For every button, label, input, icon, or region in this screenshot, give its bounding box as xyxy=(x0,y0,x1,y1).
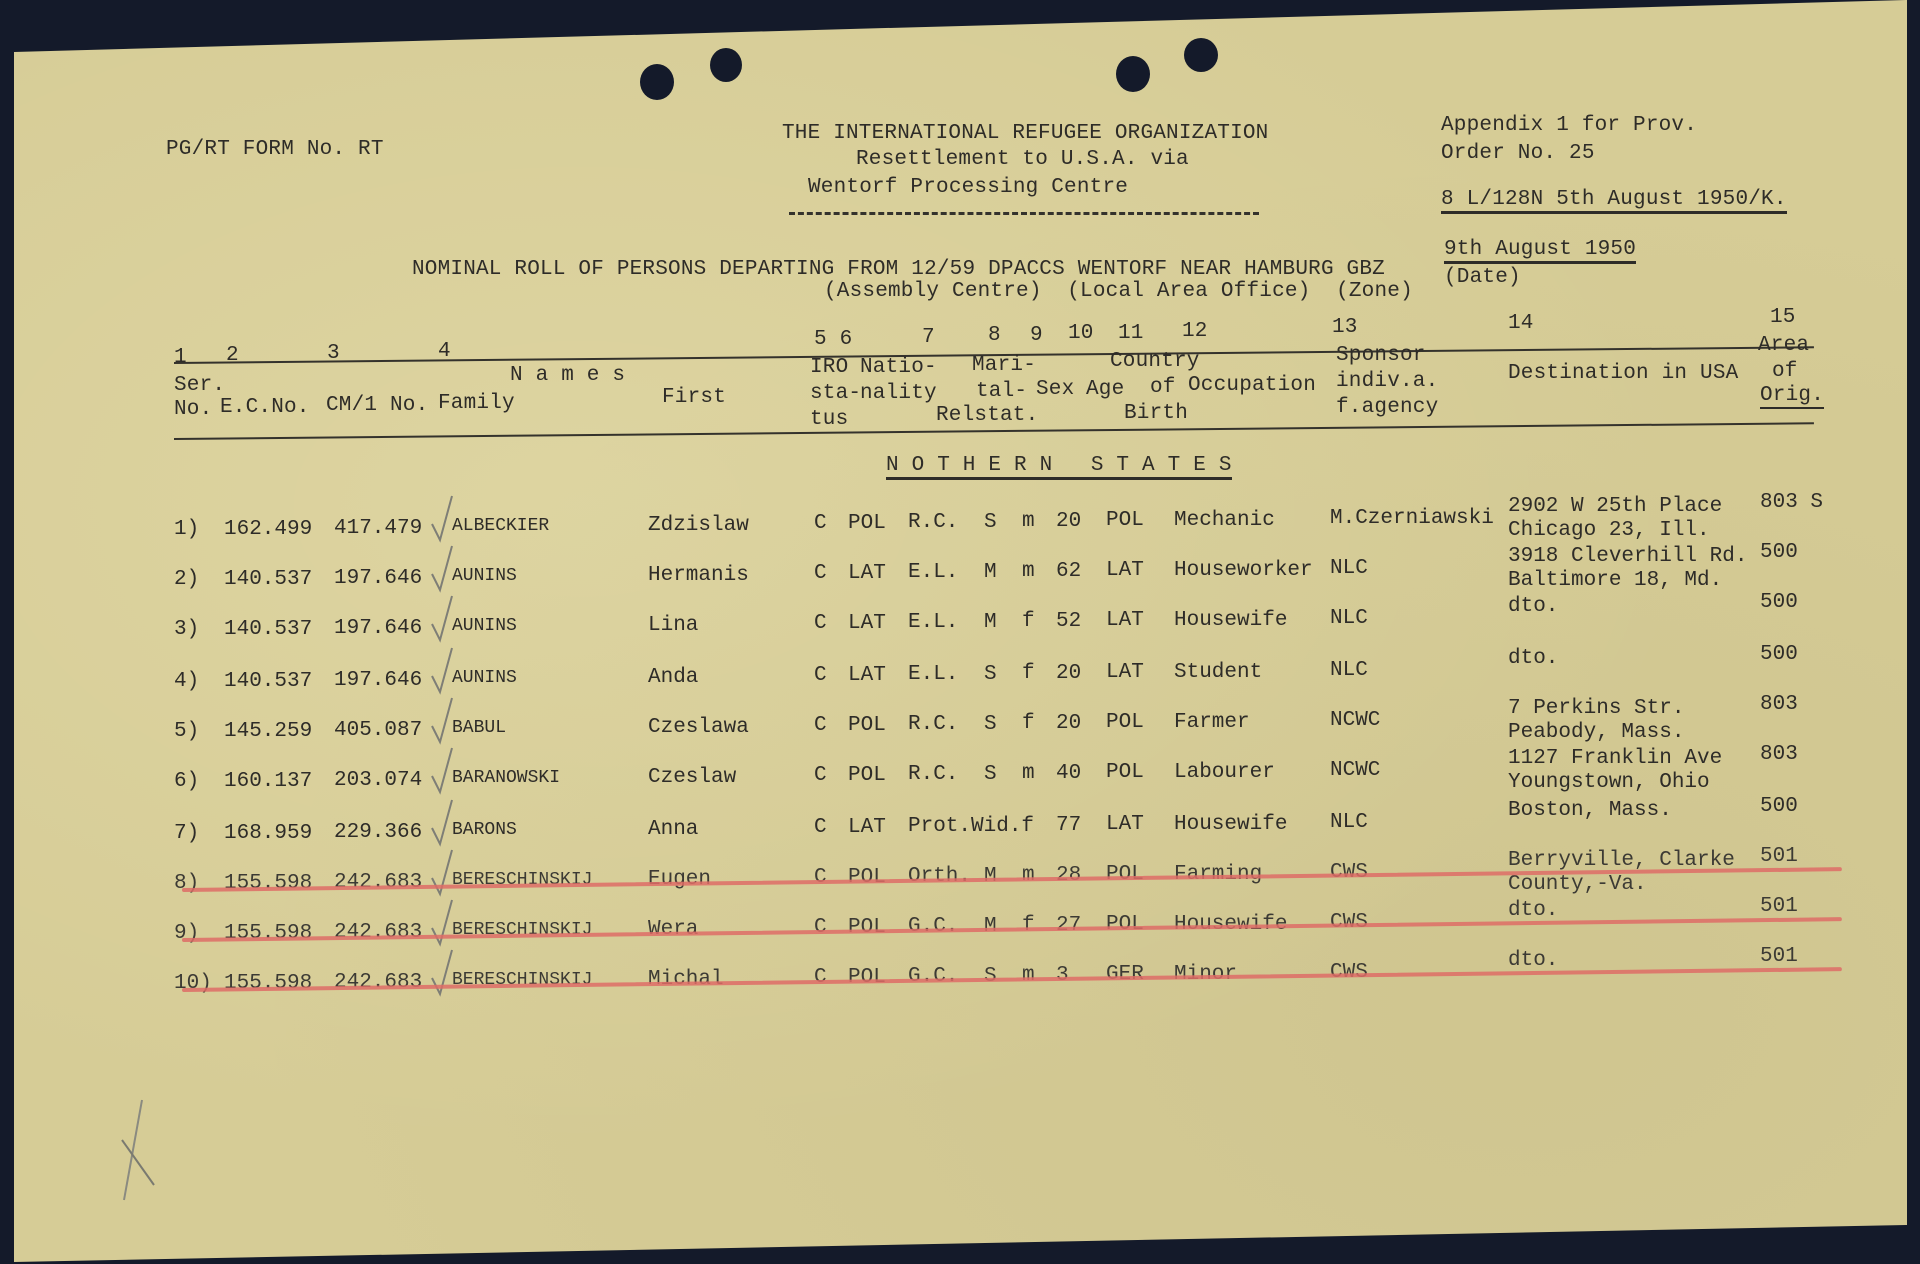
ser-no: 2) xyxy=(174,568,199,591)
pencil-x-mark xyxy=(112,1090,182,1210)
religion: R.C. xyxy=(908,713,958,736)
col-area-2: of xyxy=(1772,360,1798,383)
col-nationality-2: nality xyxy=(860,382,937,405)
check-mark-icon xyxy=(430,948,454,998)
area-of-origin: 500 xyxy=(1760,795,1798,818)
check-mark-icon xyxy=(430,544,454,594)
cm1-no: 242.683 xyxy=(334,971,422,994)
occupation: Housewife xyxy=(1174,813,1287,836)
col-sponsor-2: indiv.a. xyxy=(1336,370,1438,393)
sponsor: NLC xyxy=(1330,557,1368,580)
destination-line-1: dto. xyxy=(1508,949,1558,972)
col-age: Age xyxy=(1086,378,1124,401)
nationality: LAT xyxy=(848,664,886,687)
iro-status: C xyxy=(814,714,827,737)
punch-hole xyxy=(1116,56,1150,92)
ec-no: 162.499 xyxy=(224,518,312,541)
area-of-origin: 803 xyxy=(1760,693,1798,716)
country-of-birth: POL xyxy=(1106,509,1144,532)
marital-status: S xyxy=(984,713,997,736)
country-of-birth: POL xyxy=(1106,913,1144,936)
header-divider xyxy=(789,212,1259,215)
first-name: Michal xyxy=(648,968,724,991)
check-mark-icon xyxy=(430,798,454,848)
ser-no: 10) xyxy=(174,972,212,995)
cm1-no: 405.087 xyxy=(334,719,422,742)
occupation: Farmer xyxy=(1174,711,1250,734)
document-page: PG/RT FORM No. RT THE INTERNATIONAL REFU… xyxy=(14,0,1907,1264)
org-title: THE INTERNATIONAL REFUGEE ORGANIZATION xyxy=(782,122,1268,145)
area-of-origin: 500 xyxy=(1760,541,1798,564)
ser-no: 7) xyxy=(174,822,199,845)
destination-line-2: Peabody, Mass. xyxy=(1508,721,1684,744)
destination-line-1: dto. xyxy=(1508,595,1558,618)
col-marital-2: tal- xyxy=(976,380,1027,403)
col-ser: Ser. xyxy=(174,374,225,397)
religion: E.L. xyxy=(908,611,958,634)
col-num-15: 15 xyxy=(1770,306,1796,329)
nationality: LAT xyxy=(848,562,886,585)
ser-no: 8) xyxy=(174,872,199,895)
age: 77 xyxy=(1056,814,1081,837)
first-name: Eugen xyxy=(648,868,711,891)
org-subtitle-1: Resettlement to U.S.A. via xyxy=(856,148,1189,171)
cm1-no: 229.366 xyxy=(334,821,422,844)
ec-no: 140.537 xyxy=(224,568,312,591)
age: 62 xyxy=(1056,560,1081,583)
area-of-origin: 803 xyxy=(1760,743,1798,766)
country-of-birth: POL xyxy=(1106,761,1144,784)
col-destination: Destination in USA xyxy=(1508,362,1738,385)
age: 52 xyxy=(1056,610,1081,633)
col-family: Family xyxy=(438,392,515,415)
marital-status: M xyxy=(984,915,997,938)
date-label: (Date) xyxy=(1444,266,1521,289)
cm1-no: 197.646 xyxy=(334,567,422,590)
country-of-birth: LAT xyxy=(1106,661,1144,684)
area-of-origin: 501 xyxy=(1760,845,1798,868)
iro-status: C xyxy=(814,966,827,989)
marital-status: S xyxy=(984,663,997,686)
iro-status: C xyxy=(814,664,827,687)
sponsor: M.Czerniawski xyxy=(1330,507,1494,530)
religion: R.C. xyxy=(908,511,958,534)
sex: m xyxy=(1022,560,1035,583)
nationality: POL xyxy=(848,714,886,737)
nationality: POL xyxy=(848,764,886,787)
sponsor: NCWC xyxy=(1330,709,1380,732)
destination-line-1: 7 Perkins Str. xyxy=(1508,697,1684,720)
col-iro-status-3: tus xyxy=(810,408,848,431)
occupation: Housewife xyxy=(1174,609,1287,632)
col-ec-no: E.C.No. xyxy=(220,396,310,419)
col-first: First xyxy=(662,386,726,409)
ec-no: 155.598 xyxy=(224,922,312,945)
area-of-origin: 500 xyxy=(1760,591,1798,614)
sex: f xyxy=(1022,610,1035,633)
family-name: BARONS xyxy=(452,820,517,840)
age: 28 xyxy=(1056,864,1081,887)
check-mark-icon xyxy=(430,696,454,746)
check-mark-icon xyxy=(430,594,454,644)
religion: E.L. xyxy=(908,561,958,584)
cm1-no: 197.646 xyxy=(334,669,422,692)
sponsor: NCWC xyxy=(1330,759,1380,782)
col-area-1: Area xyxy=(1758,334,1809,357)
marital-status: S xyxy=(984,511,997,534)
first-name: Anna xyxy=(648,818,698,841)
area-of-origin: 500 xyxy=(1760,643,1798,666)
ser-no: 9) xyxy=(174,922,199,945)
country-of-birth: LAT xyxy=(1106,559,1144,582)
ec-no: 160.137 xyxy=(224,770,312,793)
iro-status: C xyxy=(814,562,827,585)
col-num-1: 1 xyxy=(174,346,187,369)
col-num-2: 2 xyxy=(226,344,239,367)
punch-hole xyxy=(710,48,742,82)
age: 20 xyxy=(1056,510,1081,533)
iro-status: C xyxy=(814,612,827,635)
area-of-origin: 501 xyxy=(1760,945,1798,968)
ser-no: 4) xyxy=(174,670,199,693)
cm1-no: 203.074 xyxy=(334,769,422,792)
marital-status: M xyxy=(984,561,997,584)
check-mark-icon xyxy=(430,646,454,696)
cm1-no: 417.479 xyxy=(334,517,422,540)
sex: m xyxy=(1022,964,1035,987)
col-num-14: 14 xyxy=(1508,312,1534,335)
ser-no: 1) xyxy=(174,518,199,541)
age: 40 xyxy=(1056,762,1081,785)
check-mark-icon xyxy=(430,898,454,948)
family-name: AUNINS xyxy=(452,668,517,688)
occupation: Houseworker xyxy=(1174,559,1313,582)
age: 27 xyxy=(1056,914,1081,937)
family-name: BABUL xyxy=(452,718,506,738)
col-occupation: Occupation xyxy=(1188,374,1316,397)
col-nationality-1: Natio- xyxy=(860,356,937,379)
nationality: POL xyxy=(848,512,886,535)
first-name: Hermanis xyxy=(648,564,749,587)
country-of-birth: LAT xyxy=(1106,813,1144,836)
iro-status: C xyxy=(814,816,827,839)
sex: f xyxy=(1022,712,1035,735)
religion: G.C. xyxy=(908,915,958,938)
col-area-3: Orig. xyxy=(1760,384,1824,409)
cm1-no: 242.683 xyxy=(334,871,422,894)
sex: m xyxy=(1022,762,1035,785)
first-name: Wera xyxy=(648,918,698,941)
sex: f xyxy=(1022,914,1035,937)
iro-status: C xyxy=(814,866,827,889)
col-marital-3: Relstat. xyxy=(936,404,1038,427)
sex: f xyxy=(1022,662,1035,685)
ser-no: 6) xyxy=(174,770,199,793)
col-num-7: 7 xyxy=(922,326,935,349)
destination-line-1: Boston, Mass. xyxy=(1508,799,1672,822)
destination-line-1: 3918 Cleverhill Rd. xyxy=(1508,545,1747,568)
document-date: 9th August 1950 xyxy=(1444,238,1636,264)
nationality: POL xyxy=(848,966,886,989)
religion: Orth. xyxy=(908,865,971,888)
col-marital-1: Mari- xyxy=(972,354,1036,377)
destination-line-2: County,-Va. xyxy=(1508,873,1647,896)
ec-no: 168.959 xyxy=(224,822,312,845)
col-num-11: 11 xyxy=(1118,322,1144,345)
sponsor: NLC xyxy=(1330,659,1368,682)
col-iro-status-1: IRO xyxy=(810,356,848,379)
check-mark-icon xyxy=(430,494,454,544)
col-country-birth-1: Country xyxy=(1110,350,1200,373)
destination-line-1: dto. xyxy=(1508,647,1558,670)
sponsor: NLC xyxy=(1330,607,1368,630)
nominal-roll-title: NOMINAL ROLL OF PERSONS DEPARTING FROM 1… xyxy=(412,258,1385,281)
marital-status: M xyxy=(984,611,997,634)
religion: Prot.Wid.f xyxy=(908,815,1034,838)
marital-status: S xyxy=(984,965,997,988)
ec-no: 140.537 xyxy=(224,670,312,693)
religion: G.C. xyxy=(908,965,958,988)
col-no: No. xyxy=(174,398,212,421)
col-sponsor-3: f.agency xyxy=(1336,396,1438,419)
nominal-roll-labels: (Assembly Centre) (Local Area Office) (Z… xyxy=(824,280,1413,303)
religion: R.C. xyxy=(908,763,958,786)
country-of-birth: LAT xyxy=(1106,609,1144,632)
check-mark-icon xyxy=(430,848,454,898)
cm1-no: 242.683 xyxy=(334,921,422,944)
destination-line-2: Baltimore 18, Md. xyxy=(1508,569,1722,592)
country-of-birth: POL xyxy=(1106,863,1144,886)
sponsor: NLC xyxy=(1330,811,1368,834)
nationality: POL xyxy=(848,916,886,939)
religion: E.L. xyxy=(908,663,958,686)
cm1-no: 197.646 xyxy=(334,617,422,640)
ec-no: 140.537 xyxy=(224,618,312,641)
col-country-birth-2: of xyxy=(1150,376,1176,399)
ser-no: 5) xyxy=(174,720,199,743)
punch-hole xyxy=(1184,38,1218,72)
col-num-5-6: 5 6 xyxy=(814,328,852,351)
destination-line-2: Chicago 23, Ill. xyxy=(1508,519,1710,542)
destination-line-1: dto. xyxy=(1508,899,1558,922)
family-name: ALBECKIER xyxy=(452,516,549,536)
names-label: N a m e s xyxy=(510,364,625,387)
col-iro-status-2: sta- xyxy=(810,382,861,405)
first-name: Lina xyxy=(648,614,698,637)
form-id: PG/RT FORM No. RT xyxy=(166,138,384,161)
org-subtitle-2: Wentorf Processing Centre xyxy=(808,176,1128,199)
first-name: Anda xyxy=(648,666,698,689)
nationality: LAT xyxy=(848,612,886,635)
col-num-12: 12 xyxy=(1182,320,1208,343)
col-sex: Sex xyxy=(1036,378,1074,401)
marital-status: S xyxy=(984,763,997,786)
country-of-birth: GER xyxy=(1106,963,1144,986)
appendix-line-1: Appendix 1 for Prov. xyxy=(1441,114,1697,137)
age: 3 xyxy=(1056,964,1069,987)
family-name: BARANOWSKI xyxy=(452,768,560,788)
age: 20 xyxy=(1056,712,1081,735)
col-num-8: 8 xyxy=(988,324,1001,347)
occupation: Mechanic xyxy=(1174,509,1275,532)
occupation: Labourer xyxy=(1174,761,1275,784)
check-mark-icon xyxy=(430,746,454,796)
marital-status: M xyxy=(984,865,997,888)
col-country-birth-3: Birth xyxy=(1124,402,1188,425)
nationality: POL xyxy=(848,866,886,889)
col-num-10: 10 xyxy=(1068,322,1094,345)
ec-no: 155.598 xyxy=(224,972,312,995)
age: 20 xyxy=(1056,662,1081,685)
ec-no: 155.598 xyxy=(224,872,312,895)
area-of-origin: 501 xyxy=(1760,895,1798,918)
destination-line-2: Youngstown, Ohio xyxy=(1508,771,1710,794)
appendix-line-2: Order No. 25 xyxy=(1441,142,1595,165)
col-num-13: 13 xyxy=(1332,316,1358,339)
sex: m xyxy=(1022,864,1035,887)
iro-status: C xyxy=(814,916,827,939)
first-name: Zdzislaw xyxy=(648,514,749,537)
ec-no: 145.259 xyxy=(224,720,312,743)
reference-number: 8 L/128N 5th August 1950/K. xyxy=(1441,188,1787,214)
family-name: AUNINS xyxy=(452,616,517,636)
nationality: LAT xyxy=(848,816,886,839)
occupation: Student xyxy=(1174,661,1262,684)
iro-status: C xyxy=(814,764,827,787)
first-name: Czeslawa xyxy=(648,716,749,739)
area-of-origin: 803 S xyxy=(1760,491,1823,514)
col-sponsor-1: Sponsor xyxy=(1336,344,1426,367)
sex: m xyxy=(1022,510,1035,533)
col-cm1-no: CM/1 No. xyxy=(326,394,428,417)
first-name: Czeslaw xyxy=(648,766,736,789)
destination-line-1: 1127 Franklin Ave xyxy=(1508,747,1722,770)
punch-hole xyxy=(640,64,674,100)
destination-line-1: 2902 W 25th Place xyxy=(1508,495,1722,518)
country-of-birth: POL xyxy=(1106,711,1144,734)
iro-status: C xyxy=(814,512,827,535)
col-num-9: 9 xyxy=(1030,324,1043,347)
section-heading: N O T H E R N S T A T E S xyxy=(886,454,1232,480)
ser-no: 3) xyxy=(174,618,199,641)
family-name: AUNINS xyxy=(452,566,517,586)
